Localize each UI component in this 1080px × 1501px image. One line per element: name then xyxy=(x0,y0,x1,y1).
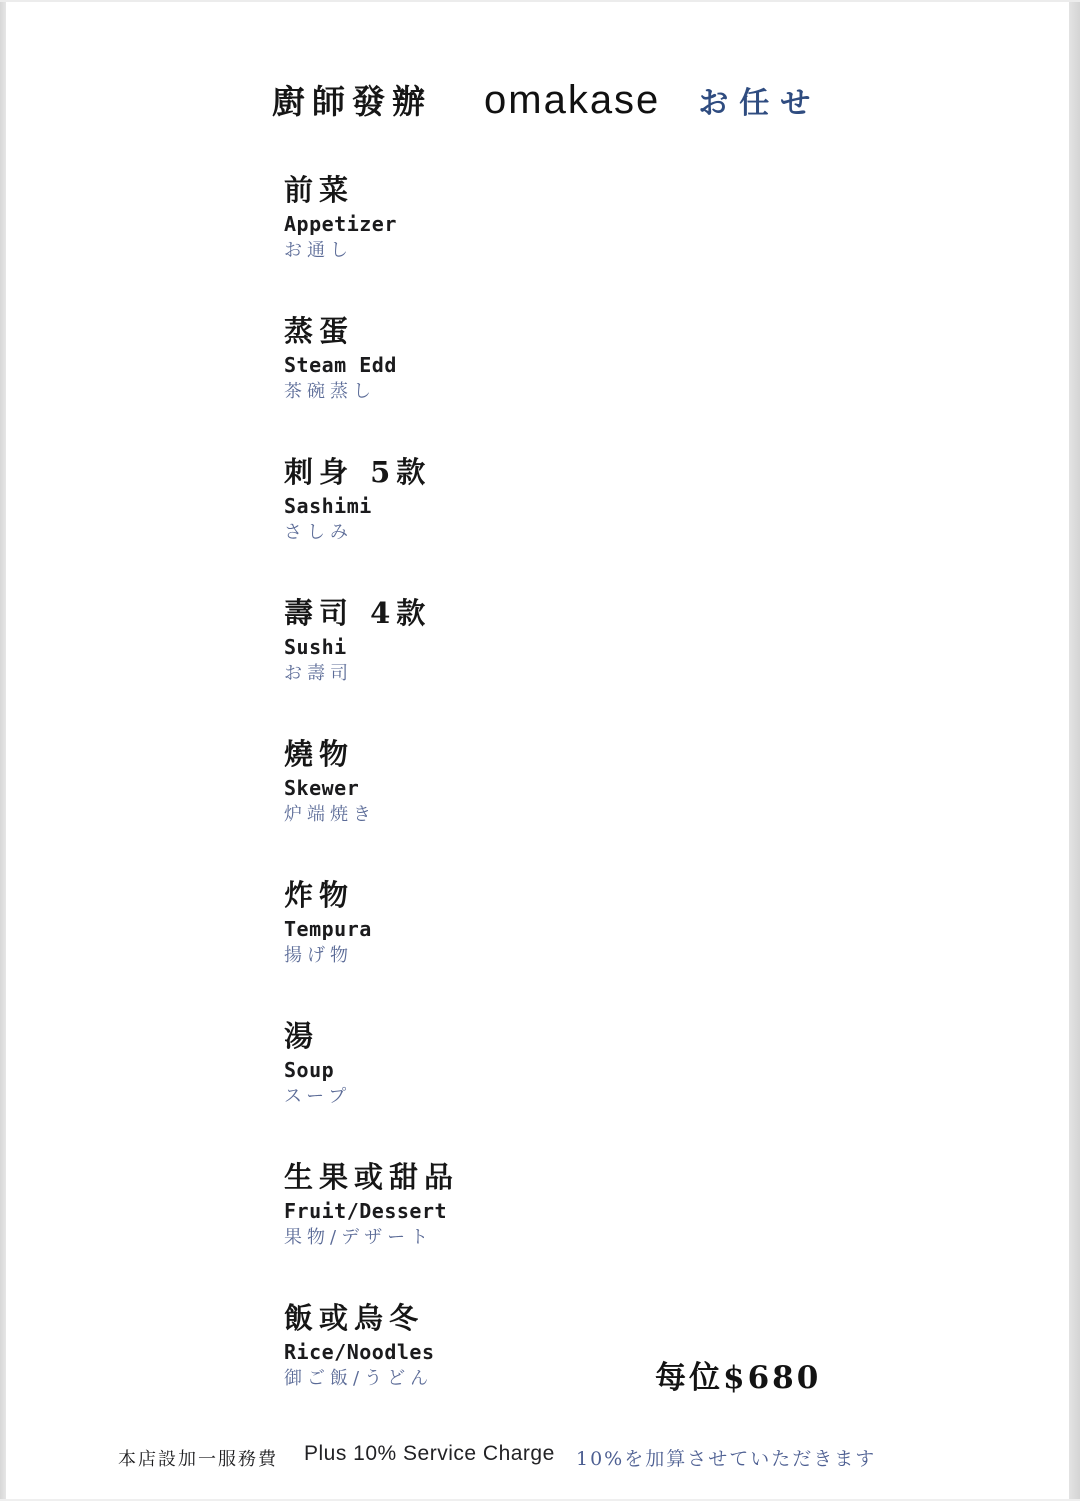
course-name-chinese: 湯 xyxy=(284,1022,459,1051)
scan-edge-top xyxy=(0,0,1080,2)
course-name-chinese: 生果或甜品 xyxy=(284,1163,459,1192)
course-name-chinese: 燒物 xyxy=(284,740,459,769)
course-name-english: Tempura xyxy=(284,919,459,939)
menu-course-item: 飯或烏冬 Rice/Noodles 御ご飯/うどん xyxy=(284,1304,459,1388)
scan-edge-right xyxy=(1069,0,1080,1501)
menu-course-item: 炸物 Tempura 揚げ物 xyxy=(284,881,459,965)
menu-title: 廚師發辦 omakase お任せ xyxy=(272,76,821,123)
course-name-japanese: 揚げ物 xyxy=(284,947,459,965)
price-per-person: 每位$680 xyxy=(655,1352,821,1397)
menu-course-item: 湯 Soup スープ xyxy=(284,1022,459,1106)
course-name-english: Sashimi xyxy=(284,496,459,516)
course-name-japanese: お通し xyxy=(284,242,459,260)
menu-course-item: 生果或甜品 Fruit/Dessert 果物/デザート xyxy=(284,1163,459,1247)
menu-course-item: 燒物 Skewer 炉端焼き xyxy=(284,740,459,824)
course-name-japanese: スープ xyxy=(284,1088,459,1106)
service-charge-chinese: 本店設加一服務費 xyxy=(118,1445,278,1471)
scan-edge-left xyxy=(0,0,6,1501)
menu-title-english: omakase xyxy=(484,78,660,123)
course-name-english: Skewer xyxy=(284,778,459,798)
course-name-japanese: 炉端焼き xyxy=(284,806,459,824)
menu-list: 前菜 Appetizer お通し 蒸蛋 Steam Edd 茶碗蒸し 刺身 5款… xyxy=(284,176,459,1445)
menu-title-chinese: 廚師發辦 xyxy=(272,76,432,123)
service-charge-notice: 本店設加一服務費 Plus 10% Service Charge 10%を加算さ… xyxy=(0,1442,1080,1470)
menu-course-item: 刺身 5款 Sashimi さしみ xyxy=(284,458,459,542)
course-name-chinese: 壽司 4款 xyxy=(284,599,459,628)
menu-course-item: 壽司 4款 Sushi お壽司 xyxy=(284,599,459,683)
course-name-japanese: 御ご飯/うどん xyxy=(284,1370,459,1388)
menu-course-item: 蒸蛋 Steam Edd 茶碗蒸し xyxy=(284,317,459,401)
course-name-japanese: 果物/デザート xyxy=(284,1229,459,1247)
course-name-japanese: お壽司 xyxy=(284,665,459,683)
course-name-english: Steam Edd xyxy=(284,355,459,375)
service-charge-japanese: 10%を加算させていただきます xyxy=(576,1444,876,1471)
course-name-japanese: 茶碗蒸し xyxy=(284,383,459,401)
course-name-english: Fruit/Dessert xyxy=(284,1201,459,1221)
course-name-chinese: 炸物 xyxy=(284,881,459,910)
course-name-english: Sushi xyxy=(284,637,459,657)
menu-title-japanese: お任せ xyxy=(698,78,821,122)
course-name-english: Soup xyxy=(284,1060,459,1080)
course-name-english: Rice/Noodles xyxy=(284,1342,459,1362)
menu-course-item: 前菜 Appetizer お通し xyxy=(284,176,459,260)
course-name-chinese: 蒸蛋 xyxy=(284,317,459,346)
service-charge-english: Plus 10% Service Charge xyxy=(304,1442,555,1466)
course-name-chinese: 飯或烏冬 xyxy=(284,1304,459,1333)
course-name-english: Appetizer xyxy=(284,214,459,234)
course-name-chinese: 刺身 5款 xyxy=(284,458,459,487)
course-name-japanese: さしみ xyxy=(284,524,459,542)
course-name-chinese: 前菜 xyxy=(284,176,459,205)
